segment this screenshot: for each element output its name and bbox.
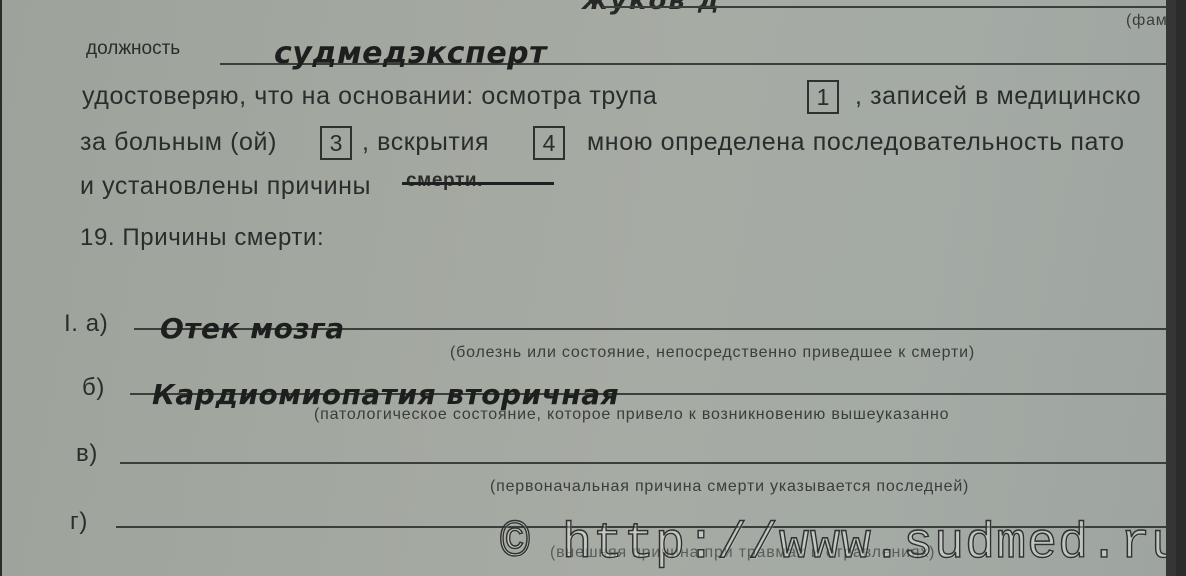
top-field-line [602,6,1176,8]
cause-a-value[interactable]: Отек мозга [160,312,345,345]
certify-text: удостоверяю, что на основании: осмотра т… [82,82,657,111]
watermark: © http://www.sudmed.ru [500,516,1176,573]
cause-b-hint: (патологическое состояние, которое приве… [314,406,949,424]
position-value[interactable]: судмедэксперт [274,36,547,71]
page-edge-shadow [1166,0,1176,576]
cause-d-label: г) [70,508,88,536]
document-page: жуков д (фам должность судмедэксперт удо… [2,0,1176,576]
top-right-hint: (фам [1126,12,1168,30]
basis-text-suffix: мною определена последовательность пато [587,128,1125,157]
checkbox-4[interactable]: 4 [533,126,565,160]
struck-word: смерти. [406,170,483,192]
cause-c-hint: (первоначальная причина смерти указывает… [490,478,969,496]
position-label: должность [86,38,180,60]
cause-b-label: б) [82,374,105,402]
cause-c-line[interactable] [120,462,1176,464]
basis-text: за больным (ой) [80,128,277,157]
cause-a-label: I. а) [64,310,108,338]
cause-a-hint: (болезнь или состояние, непосредственно … [450,344,975,362]
cause-c-label: в) [76,440,98,468]
checkbox-3[interactable]: 3 [320,126,352,160]
section-title: 19. Причины смерти: [80,224,324,252]
checkbox-1[interactable]: 1 [807,80,839,114]
basis-text-middle: , вскрытия [362,128,489,157]
certify-text-suffix: , записей в медицинско [855,82,1141,111]
top-cut-handwriting: жуков д [582,0,721,16]
strikethrough-mark [402,182,554,185]
established-text: и установлены причины [80,172,371,201]
